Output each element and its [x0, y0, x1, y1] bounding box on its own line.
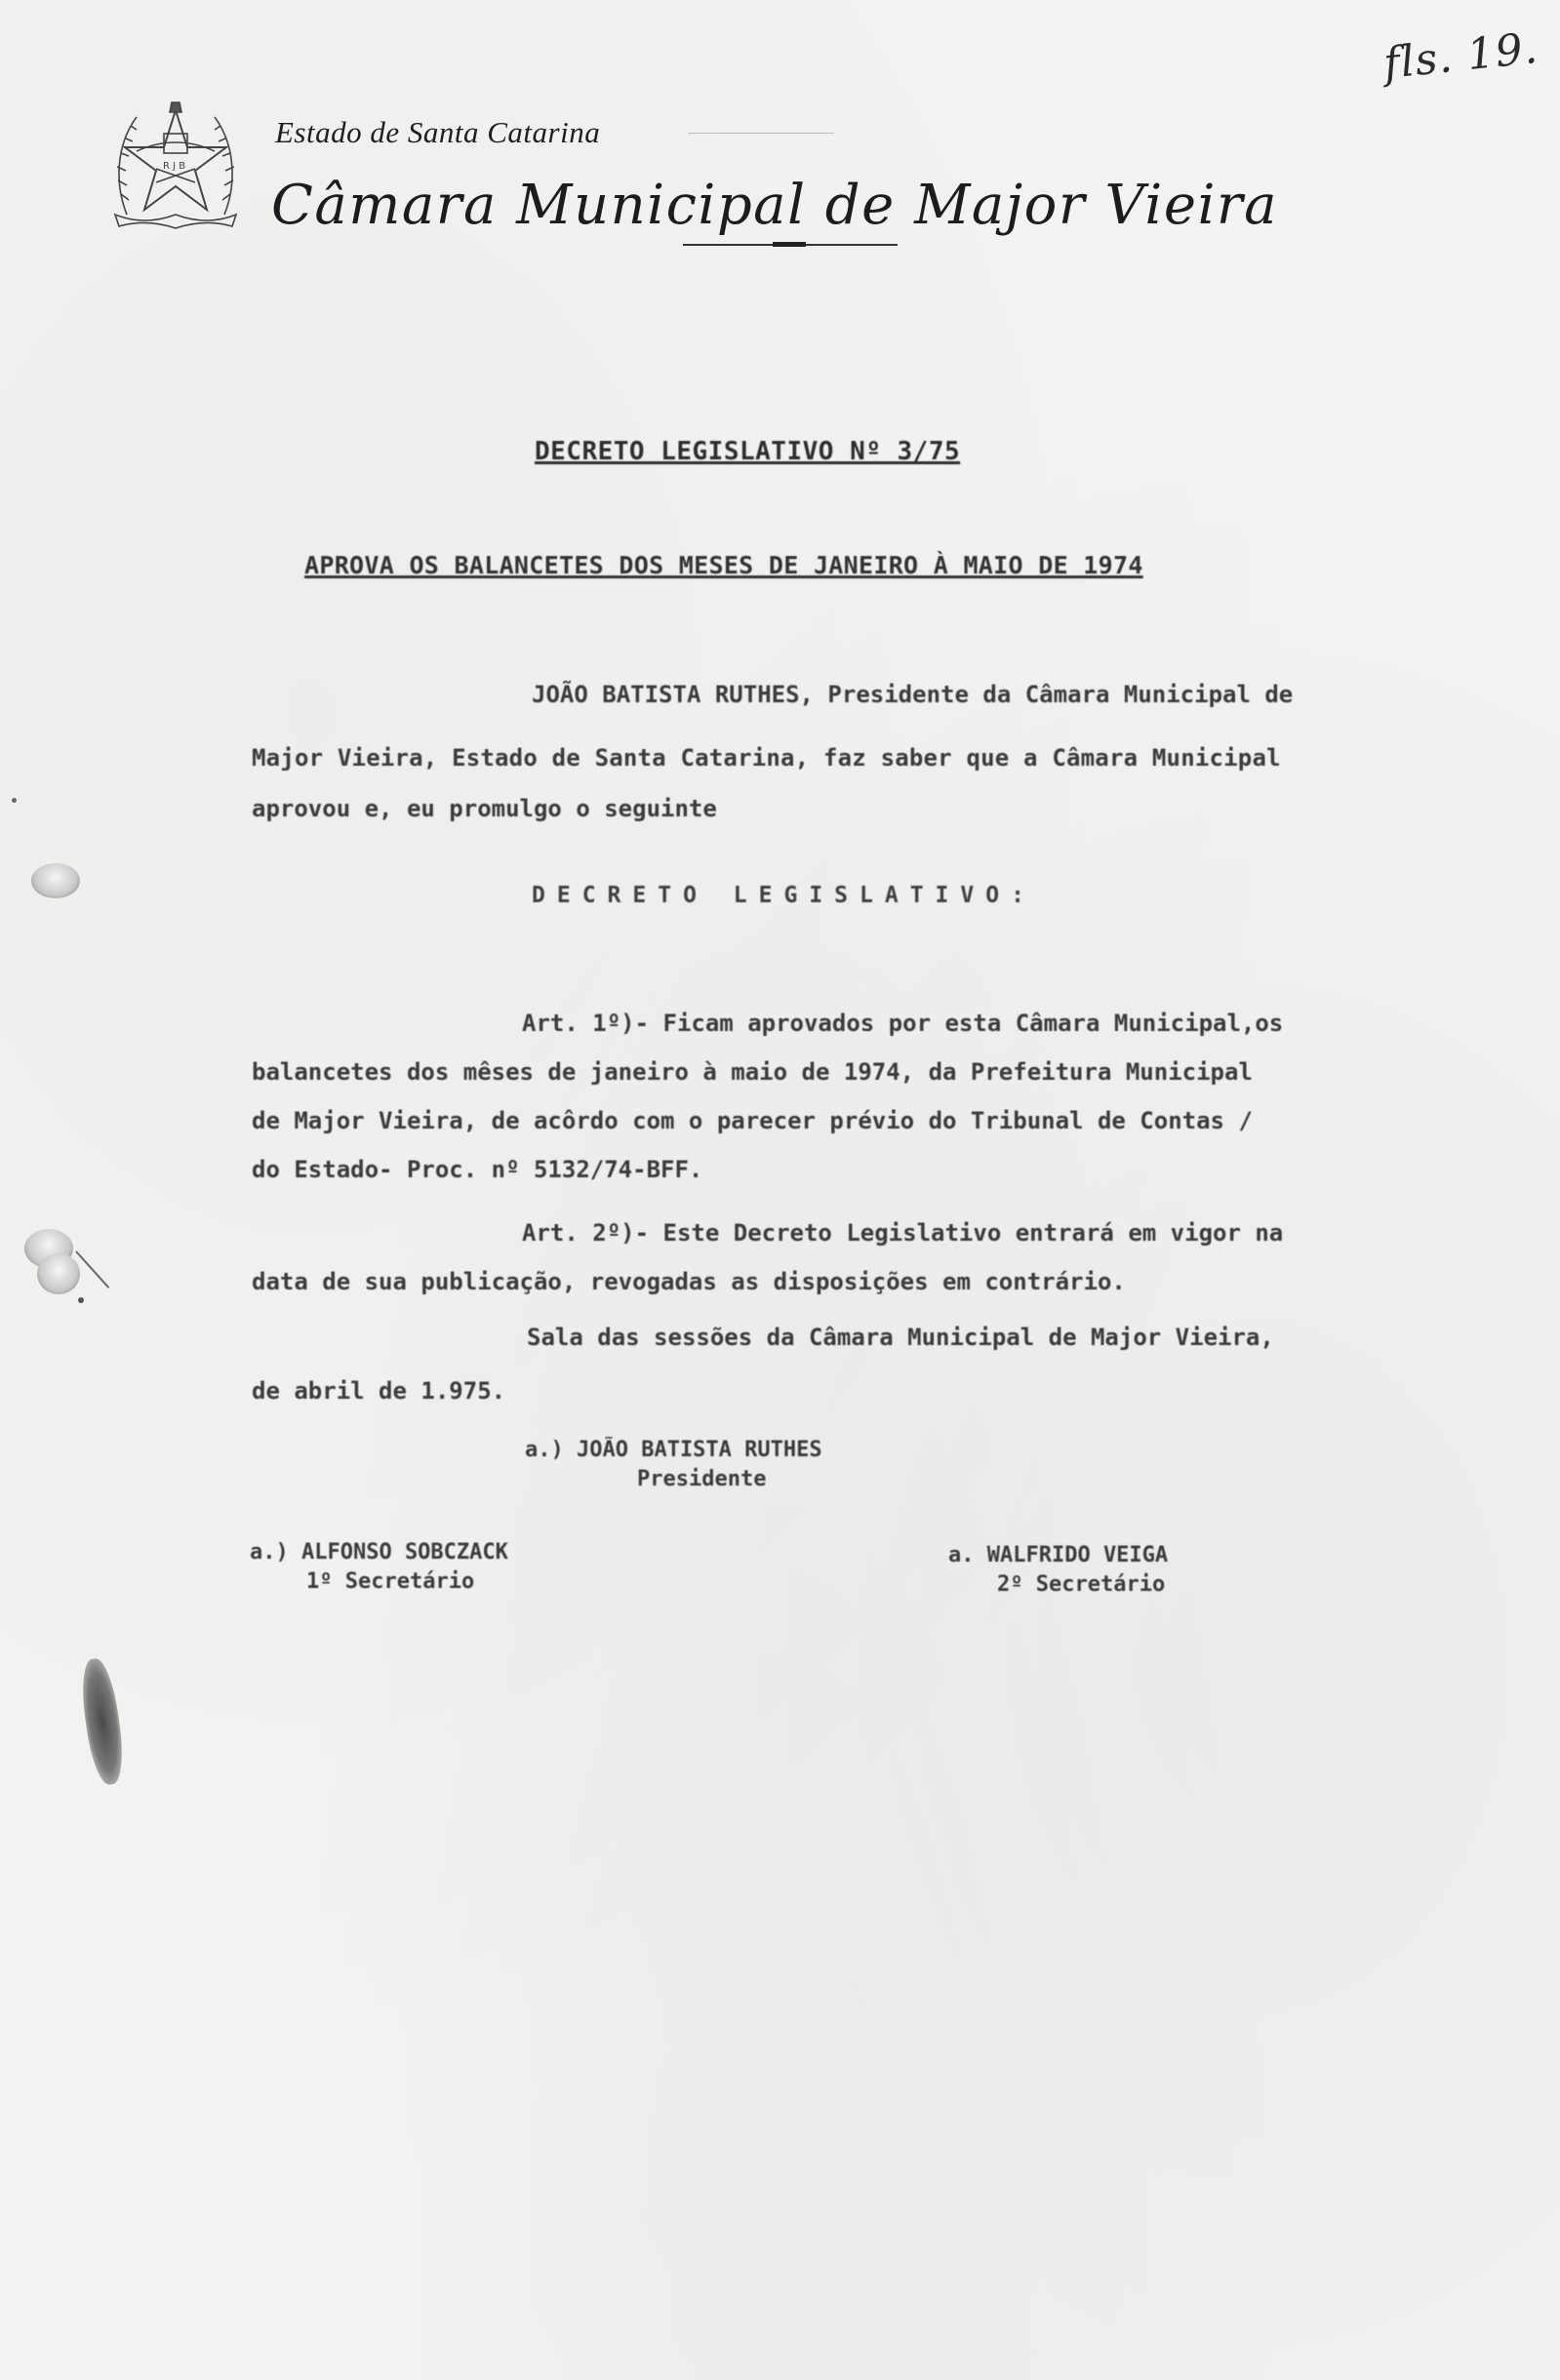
punch-hole: [31, 863, 80, 898]
coat-of-arms-icon: R J B: [107, 93, 244, 234]
article-1-line-1: Art. 1º)- Ficam aprovados por esta Câmar…: [522, 1010, 1283, 1037]
divider: [688, 133, 834, 134]
signature-first-secretary-title: 1º Secretário: [250, 1567, 508, 1597]
article-1-line-3: de Major Vieira, de acôrdo com o parecer…: [252, 1107, 1253, 1134]
signature-first-secretary-name: a.) ALFONSO SOBCZACK: [250, 1538, 508, 1567]
punch-hole: [37, 1253, 80, 1294]
folio-annotation: fls. 19.: [1381, 23, 1540, 89]
decree-number-heading: DECRETO LEGISLATIVO Nº 3/75: [535, 437, 960, 466]
signature-president-title: Presidente: [525, 1465, 822, 1494]
preamble-line-2: Major Vieira, Estado de Santa Catarina, …: [252, 744, 1281, 772]
preamble-line-3: aprovou e, eu promulgo o seguinte: [252, 795, 717, 822]
chamber-title: Câmara Municipal de Major Vieira: [271, 174, 1278, 237]
state-name: Estado de Santa Catarina: [275, 115, 600, 150]
svg-text:R J B: R J B: [163, 161, 185, 172]
signature-first-secretary: a.) ALFONSO SOBCZACK 1º Secretário: [250, 1538, 508, 1597]
speck: [12, 798, 17, 803]
paper-tear: [75, 1250, 109, 1288]
closing-line-1: Sala das sessões da Câmara Municipal de …: [527, 1324, 1274, 1351]
article-2-line-2: data de sua publicação, revogadas as dis…: [252, 1268, 1126, 1295]
decree-subject: APROVA OS BALANCETES DOS MESES DE JANEIR…: [304, 551, 1143, 579]
section-heading: DECRETO LEGISLATIVO:: [532, 883, 1036, 908]
ink-smudge: [77, 1656, 128, 1786]
signature-second-secretary-title: 2º Secretário: [948, 1570, 1168, 1600]
signature-second-secretary-name: a. WALFRIDO VEIGA: [948, 1541, 1168, 1570]
signature-president: a.) JOÃO BATISTA RUTHES Presidente: [525, 1436, 822, 1494]
speck: [78, 1297, 84, 1303]
article-1-line-2: balancetes dos mêses de janeiro à maio d…: [252, 1058, 1253, 1086]
closing-date: de abril de 1.975.: [252, 1377, 505, 1405]
article-2-line-1: Art. 2º)- Este Decreto Legislativo entra…: [522, 1219, 1283, 1247]
preamble-line-1: JOÃO BATISTA RUTHES, Presidente da Câmar…: [532, 681, 1293, 708]
signature-second-secretary: a. WALFRIDO VEIGA 2º Secretário: [948, 1541, 1168, 1600]
signature-president-name: a.) JOÃO BATISTA RUTHES: [525, 1436, 822, 1465]
title-underline-mark: [773, 242, 806, 247]
article-1-line-4: do Estado- Proc. nº 5132/74-BFF.: [252, 1156, 702, 1183]
